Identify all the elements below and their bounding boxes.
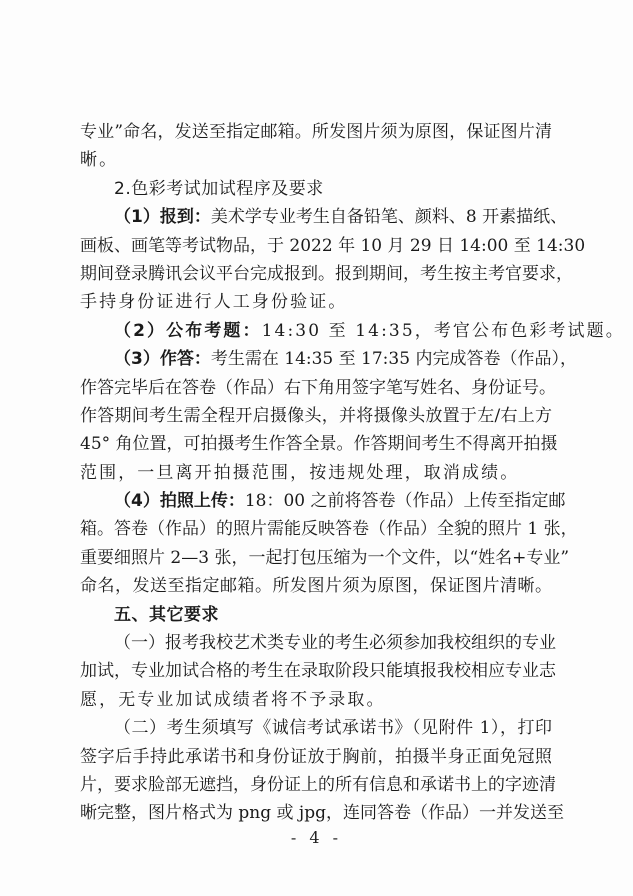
- paragraph-first-line: （二）考生须填写《诚信考试承诺书》（见附件 1），打印: [80, 714, 552, 742]
- text-line: 范围，一旦离开拍摄范围，按违规处理，取消成绩。: [80, 459, 552, 487]
- paragraph-first-line: （3）作答：考生需在 14:35 至 17:35 内完成答卷（作品），: [80, 345, 552, 373]
- text-line: 专业”命名，发送至指定邮箱。所发图片须为原图，保证图片清: [80, 118, 552, 146]
- text-line: 期间登录腾讯会议平台完成报到。报到期间，考生按主考官要求，: [80, 260, 552, 288]
- item-text: 18：00 之前将答卷（作品）上传至指定邮: [245, 491, 566, 511]
- text-line: 加试，专业加试合格的考生在录取阶段只能填报我校相应专业志: [80, 657, 552, 685]
- section-heading: 2.色彩考试加试程序及要求: [80, 175, 552, 203]
- text-line: 45° 角位置，可拍摄考生作答全景。作答期间考生不得离开拍摄: [80, 430, 552, 458]
- text-line: 晰。: [80, 146, 552, 174]
- paragraph-first-line: （1）报到：美术学专业考生自备铅笔、颜料、8 开素描纸、: [80, 203, 552, 231]
- document-page: 专业”命名，发送至指定邮箱。所发图片须为原图，保证图片清 晰。 2.色彩考试加试…: [0, 0, 633, 896]
- text-line: 作答期间考生需全程开启摄像头，并将摄像头放置于左/右上方: [80, 402, 552, 430]
- text-line: 命名，发送至指定邮箱。所发图片须为原图，保证图片清晰。: [80, 572, 552, 600]
- item-label: （3）作答：: [114, 349, 211, 369]
- text-line: 作答完毕后在答卷（作品）右下角用签字笔写姓名、身份证号。: [80, 374, 552, 402]
- paragraph-first-line: （2）公布考题：14:30 至 14:35，考官公布色彩考试题。: [80, 317, 552, 345]
- text-line: 重要细照片 2—3 张，一起打包压缩为一个文件，以“姓名+专业”: [80, 544, 552, 572]
- text-line: 画板、画笔等考试物品，于 2022 年 10 月 29 日 14:00 至 14…: [80, 232, 552, 260]
- item-text: 美术学专业考生自备铅笔、颜料、8 开素描纸、: [211, 207, 567, 227]
- text-line: 箱。答卷（作品）的照片需能反映答卷（作品）全貌的照片 1 张，: [80, 515, 552, 543]
- text-line: 签字后手持此承诺书和身份证放于胸前，拍摄半身正面免冠照: [80, 743, 552, 771]
- item-text: 考生需在 14:35 至 17:35 内完成答卷（作品），: [211, 349, 577, 369]
- item-text: 14:30 至 14:35，考官公布色彩考试题。: [262, 321, 625, 341]
- item-label: （2）公布考题：: [114, 321, 262, 341]
- text-line: 手持身份证进行人工身份验证。: [80, 288, 552, 316]
- page-number: - 4 -: [0, 828, 633, 847]
- text-line: 愿，无专业加试成绩者将不予录取。: [80, 686, 552, 714]
- paragraph-first-line: （4）拍照上传：18：00 之前将答卷（作品）上传至指定邮: [80, 487, 552, 515]
- text-line: 晰完整，图片格式为 png 或 jpg，连同答卷（作品）一并发送至: [80, 799, 552, 827]
- paragraph-first-line: （一）报考我校艺术类专业的考生必须参加我校组织的专业: [80, 629, 552, 657]
- document-body: 专业”命名，发送至指定邮箱。所发图片须为原图，保证图片清 晰。 2.色彩考试加试…: [80, 118, 552, 828]
- item-label: （1）报到：: [114, 207, 211, 227]
- text-line: 片，要求脸部无遮挡，身份证上的所有信息和承诺书上的字迹清: [80, 771, 552, 799]
- section-heading: 五、其它要求: [80, 601, 552, 629]
- item-label: （4）拍照上传：: [114, 491, 245, 511]
